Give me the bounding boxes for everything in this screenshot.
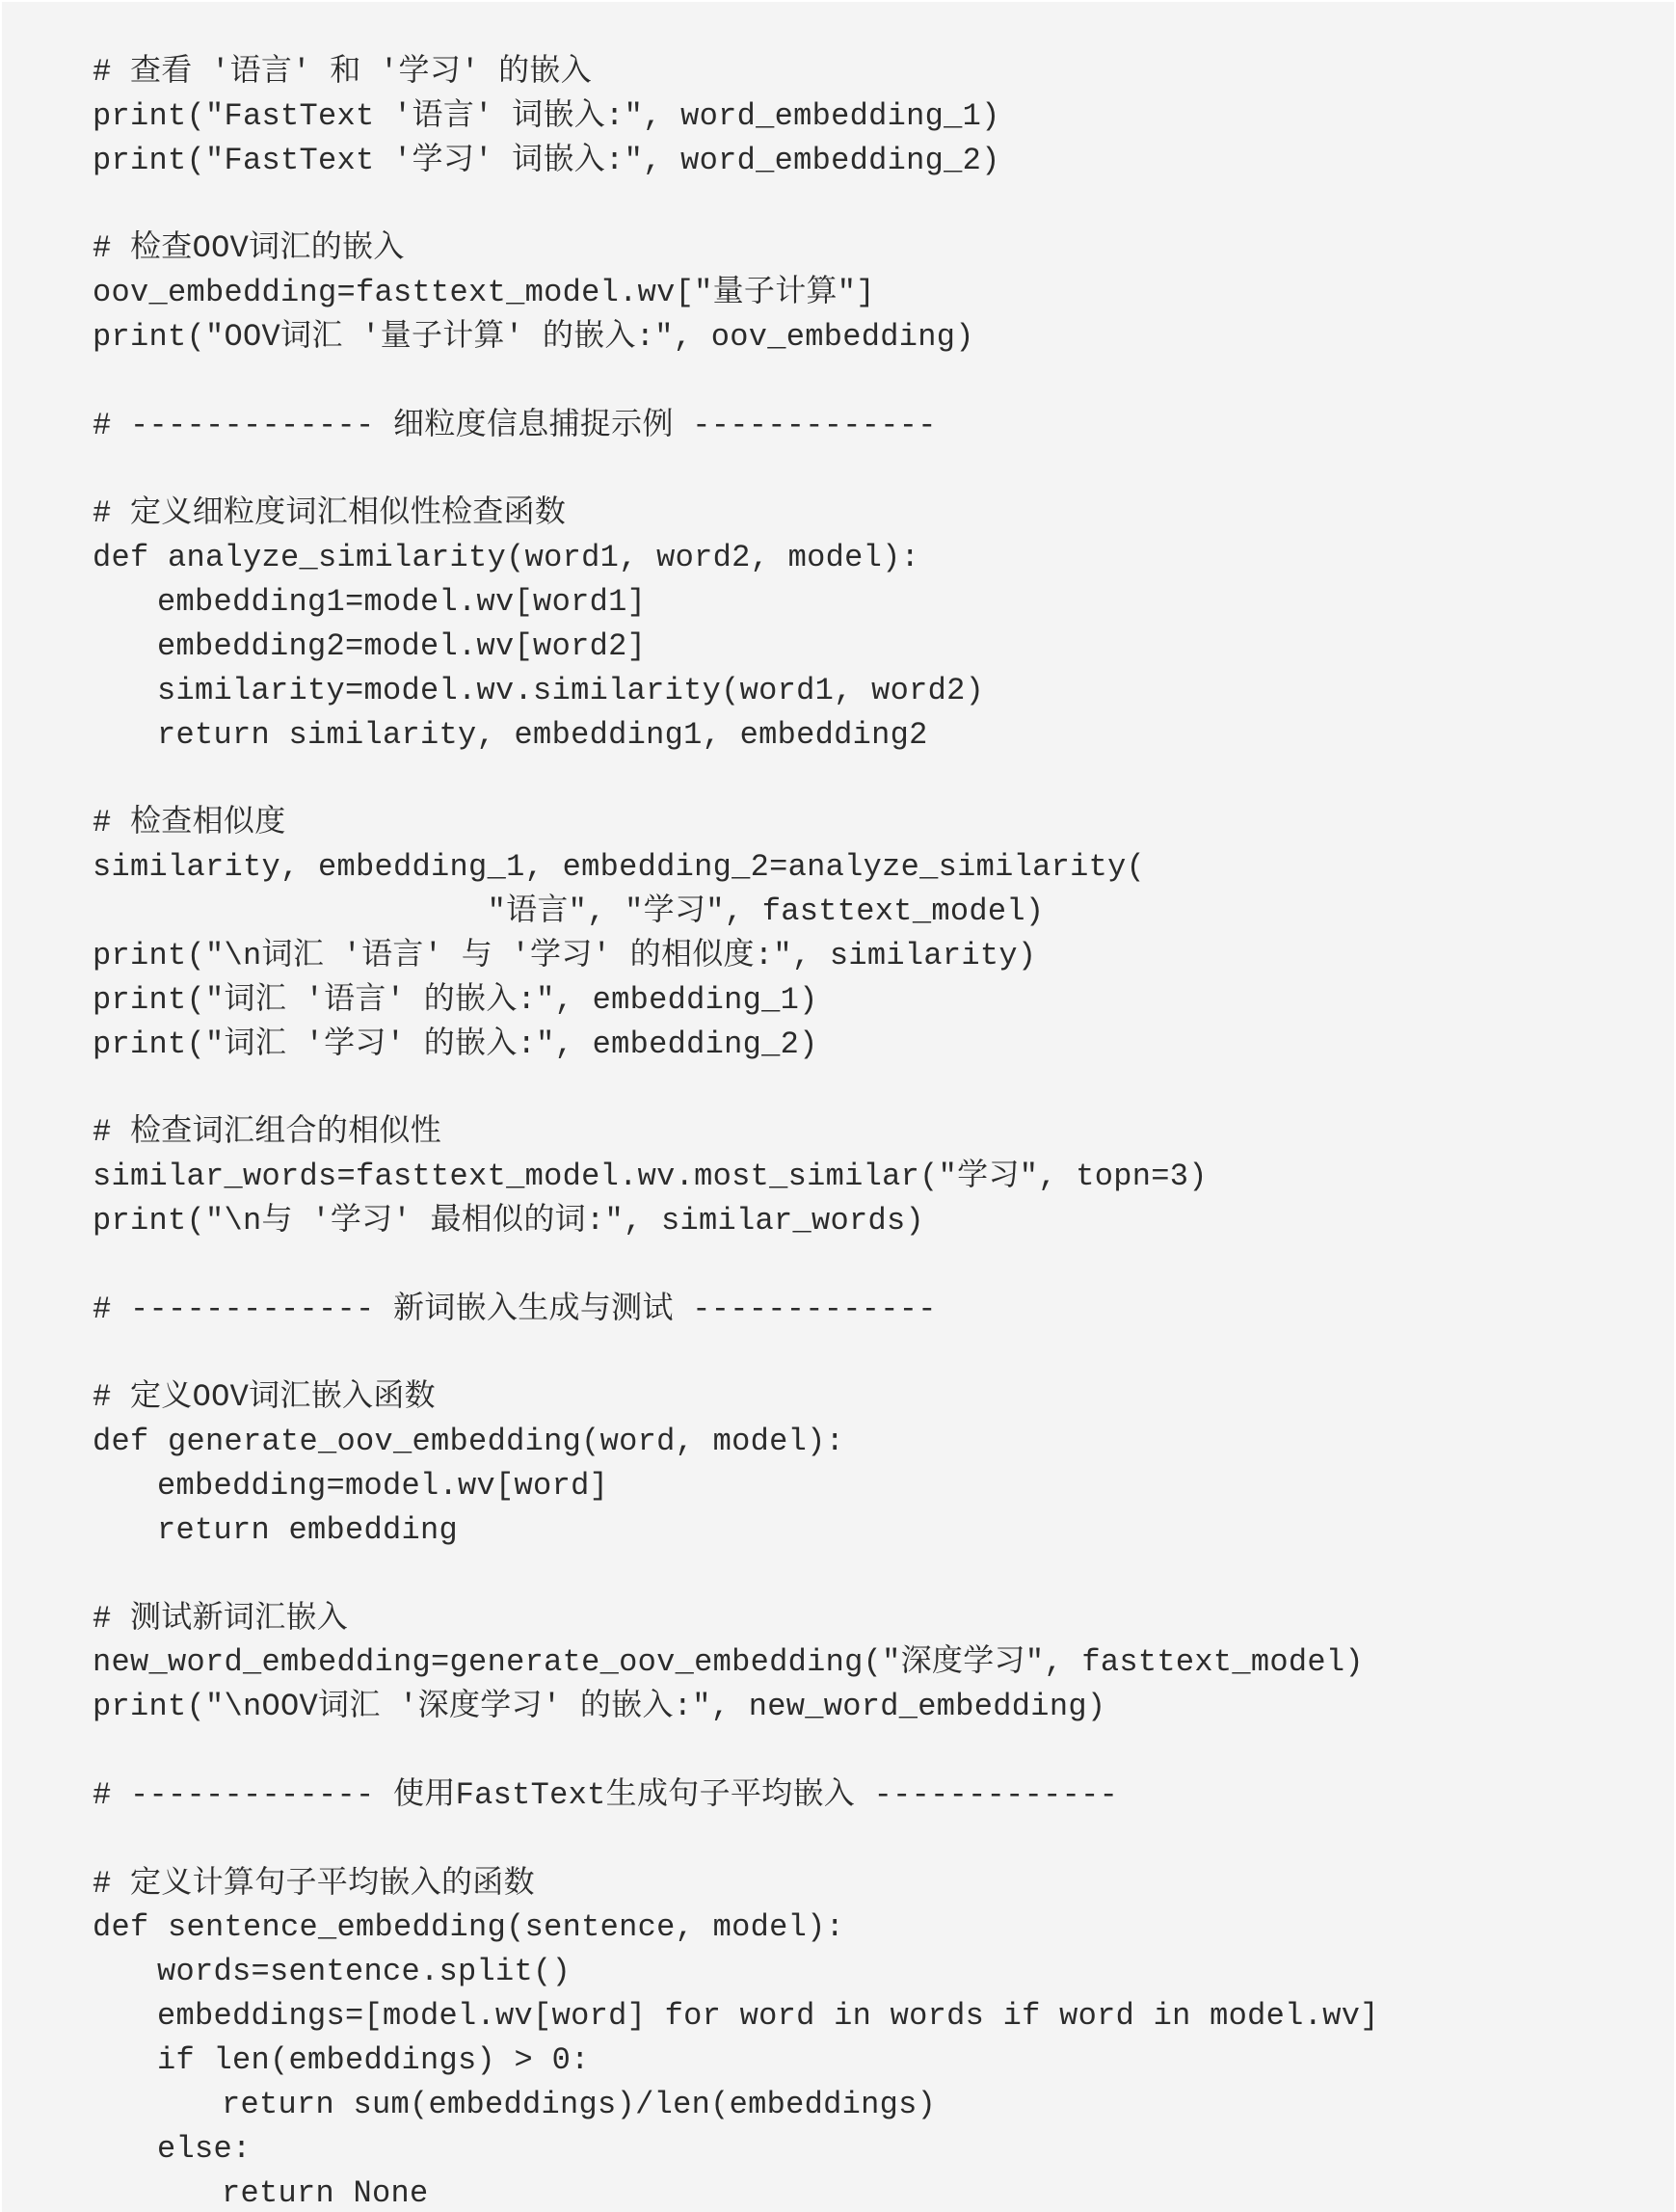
code-listing-page: # 查看 '语言' 和 '学习' 的嵌入print("FastText '语言'…: [2, 2, 1674, 2212]
code-line: else:: [93, 2127, 1379, 2172]
blank-line: [93, 1729, 1379, 1773]
code-line: print("\nOOV词汇 '深度学习' 的嵌入:", new_word_em…: [93, 1685, 1379, 1729]
code-comment-line: # 定义计算句子平均嵌入的函数: [93, 1862, 1379, 1906]
code-comment-line: # 检查词汇组合的相似性: [93, 1110, 1379, 1155]
code-comment-line: # 定义OOV词汇嵌入函数: [93, 1375, 1379, 1420]
blank-line: [93, 448, 1379, 493]
code-comment-line: # 检查OOV词汇的嵌入: [93, 227, 1379, 271]
code-line: similar_words=fasttext_model.wv.most_sim…: [93, 1155, 1379, 1199]
code-line: print("FastText '语言' 词嵌入:", word_embeddi…: [93, 94, 1379, 139]
blank-line: [93, 360, 1379, 404]
blank-line: [93, 1331, 1379, 1375]
code-line: oov_embedding=fasttext_model.wv["量子计算"]: [93, 271, 1379, 315]
code-line: embedding=model.wv[word]: [93, 1464, 1379, 1508]
code-line: words=sentence.split(): [93, 1950, 1379, 1994]
code-comment-line: # ------------- 使用FastText生成句子平均嵌入 -----…: [93, 1773, 1379, 1818]
code-line: def sentence_embedding(sentence, model):: [93, 1906, 1379, 1950]
code-line: def generate_oov_embedding(word, model):: [93, 1420, 1379, 1464]
blank-line: [93, 1066, 1379, 1110]
code-line: return sum(embeddings)/len(embeddings): [93, 2083, 1379, 2127]
code-line: return None: [93, 2172, 1379, 2212]
code-line: "语言", "学习", fasttext_model): [93, 890, 1379, 934]
code-line: similarity, embedding_1, embedding_2=ana…: [93, 845, 1379, 890]
code-line: if len(embeddings) > 0:: [93, 2039, 1379, 2083]
code-line: def analyze_similarity(word1, word2, mod…: [93, 536, 1379, 580]
code-line: embeddings=[model.wv[word] for word in w…: [93, 1994, 1379, 2039]
blank-line: [93, 1243, 1379, 1288]
code-line: return embedding: [93, 1508, 1379, 1553]
blank-line: [93, 1553, 1379, 1597]
code-line: similarity=model.wv.similarity(word1, wo…: [93, 669, 1379, 713]
code-line: print("\n与 '学习' 最相似的词:", similar_words): [93, 1199, 1379, 1243]
code-line: print("OOV词汇 '量子计算' 的嵌入:", oov_embedding…: [93, 315, 1379, 360]
blank-line: [93, 183, 1379, 227]
code-comment-line: # 测试新词汇嵌入: [93, 1597, 1379, 1641]
blank-line: [93, 1818, 1379, 1862]
code-line: print("词汇 '语言' 的嵌入:", embedding_1): [93, 978, 1379, 1023]
code-line: print("FastText '学习' 词嵌入:", word_embeddi…: [93, 139, 1379, 183]
code-line: print("\n词汇 '语言' 与 '学习' 的相似度:", similari…: [93, 934, 1379, 978]
code-line: print("词汇 '学习' 的嵌入:", embedding_2): [93, 1023, 1379, 1067]
code-line: new_word_embedding=generate_oov_embeddin…: [93, 1640, 1379, 1685]
code-line: return similarity, embedding1, embedding…: [93, 713, 1379, 758]
blank-line: [93, 758, 1379, 802]
code-line: embedding2=model.wv[word2]: [93, 625, 1379, 669]
code-comment-line: # 查看 '语言' 和 '学习' 的嵌入: [93, 50, 1379, 94]
code-line: embedding1=model.wv[word1]: [93, 580, 1379, 625]
code-comment-line: # 检查相似度: [93, 801, 1379, 845]
code-comment-line: # ------------- 细粒度信息捕捉示例 -------------: [93, 404, 1379, 448]
code-comment-line: # ------------- 新词嵌入生成与测试 -------------: [93, 1288, 1379, 1332]
code-comment-line: # 定义细粒度词汇相似性检查函数: [93, 492, 1379, 536]
code-block: # 查看 '语言' 和 '学习' 的嵌入print("FastText '语言'…: [93, 50, 1379, 2212]
